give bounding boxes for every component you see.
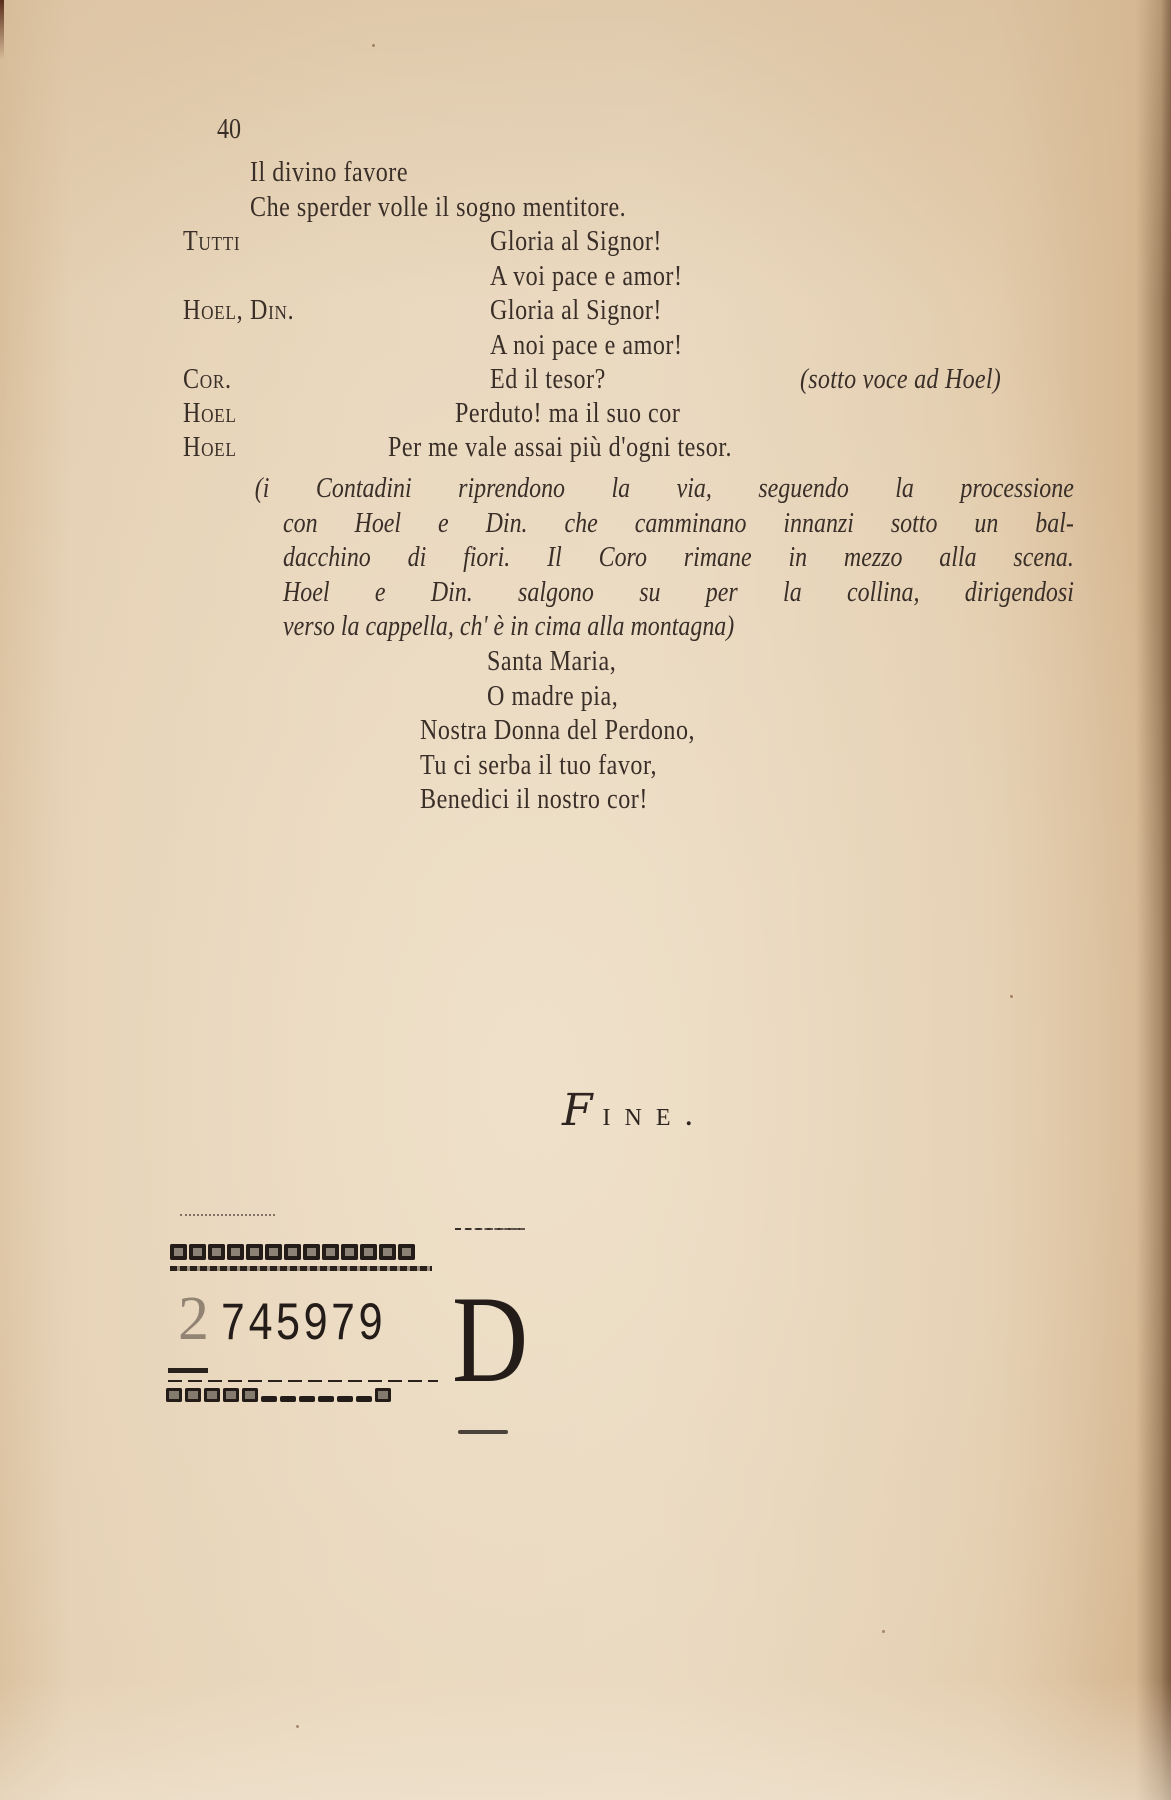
verse-line: Ed il tesor? (490, 363, 606, 397)
page-edge-left (0, 0, 4, 60)
verse-line: A voi pace e amor! (490, 260, 682, 294)
verse-line: Il divino favore (250, 156, 408, 190)
paper-speck (1010, 995, 1013, 998)
stage-direction: (i Contadini riprendono la via, seguendo… (283, 472, 1074, 645)
prayer-line: Santa Maria, (487, 645, 616, 679)
stage-direction-line: con Hoel e Din. che camminano innanzi so… (283, 507, 1074, 542)
stamp-letter: D (452, 1278, 528, 1402)
verse-line: Gloria al Signor! (490, 225, 662, 259)
stamp-smudge (455, 1228, 520, 1233)
speaker-label: Cor. (183, 363, 232, 397)
verse-line: Per me vale assai più d'ogni tesor. (388, 431, 732, 465)
verse-line: Gloria al Signor! (490, 294, 662, 328)
paper-speck (372, 44, 375, 47)
paper-speck (296, 1725, 299, 1728)
fine-initial: F (562, 1085, 603, 1136)
stage-direction-line: (i Contadini riprendono la via, seguendo… (255, 472, 1074, 507)
page-number: 40 (217, 114, 241, 146)
stage-direction-line: verso la cappella, ch' è in cima alla mo… (283, 610, 1074, 645)
stamp-rule (170, 1266, 432, 1271)
verse-line: Che sperder volle il sogno mentitore. (250, 191, 626, 225)
fine-heading: Fine. (562, 1085, 707, 1136)
prayer-line: O madre pia, (487, 680, 618, 714)
prayer-line: Nostra Donna del Perdono, (420, 714, 695, 748)
stamp-number: 745979 (220, 1296, 385, 1356)
stamp-rule (168, 1368, 208, 1373)
speaker-label: Hoel (183, 431, 237, 465)
stamp-border-top (170, 1244, 415, 1260)
speaker-label: Tutti (183, 225, 240, 259)
prayer-line: Benedici il nostro cor! (420, 783, 648, 817)
stamp-border-bottom (166, 1388, 391, 1402)
fine-rest: ine. (603, 1096, 707, 1133)
paper-shading-bottom (0, 1680, 1171, 1800)
page-edge-right (1161, 0, 1171, 1800)
paper-speck (882, 1630, 885, 1633)
stamp-smudge (458, 1430, 508, 1434)
stage-direction-line: dacchino di fiori. Il Coro rimane in mez… (283, 541, 1074, 576)
stage-direction-line: Hoel e Din. salgono su per la collina, d… (283, 576, 1074, 611)
stamp-smudge (180, 1214, 275, 1219)
speaker-label: Hoel, Din. (183, 294, 294, 328)
prayer-line: Tu ci serba il tuo favor, (420, 749, 657, 783)
verse-line: Perduto! ma il suo cor (455, 397, 680, 431)
stamp-prefix-mark: 2 (178, 1288, 209, 1350)
verse-line: A noi pace e amor! (490, 329, 682, 363)
speaker-label: Hoel (183, 397, 237, 431)
stage-aside: (sotto voce ad Hoel) (800, 363, 1001, 397)
stamp-rule (168, 1380, 438, 1382)
